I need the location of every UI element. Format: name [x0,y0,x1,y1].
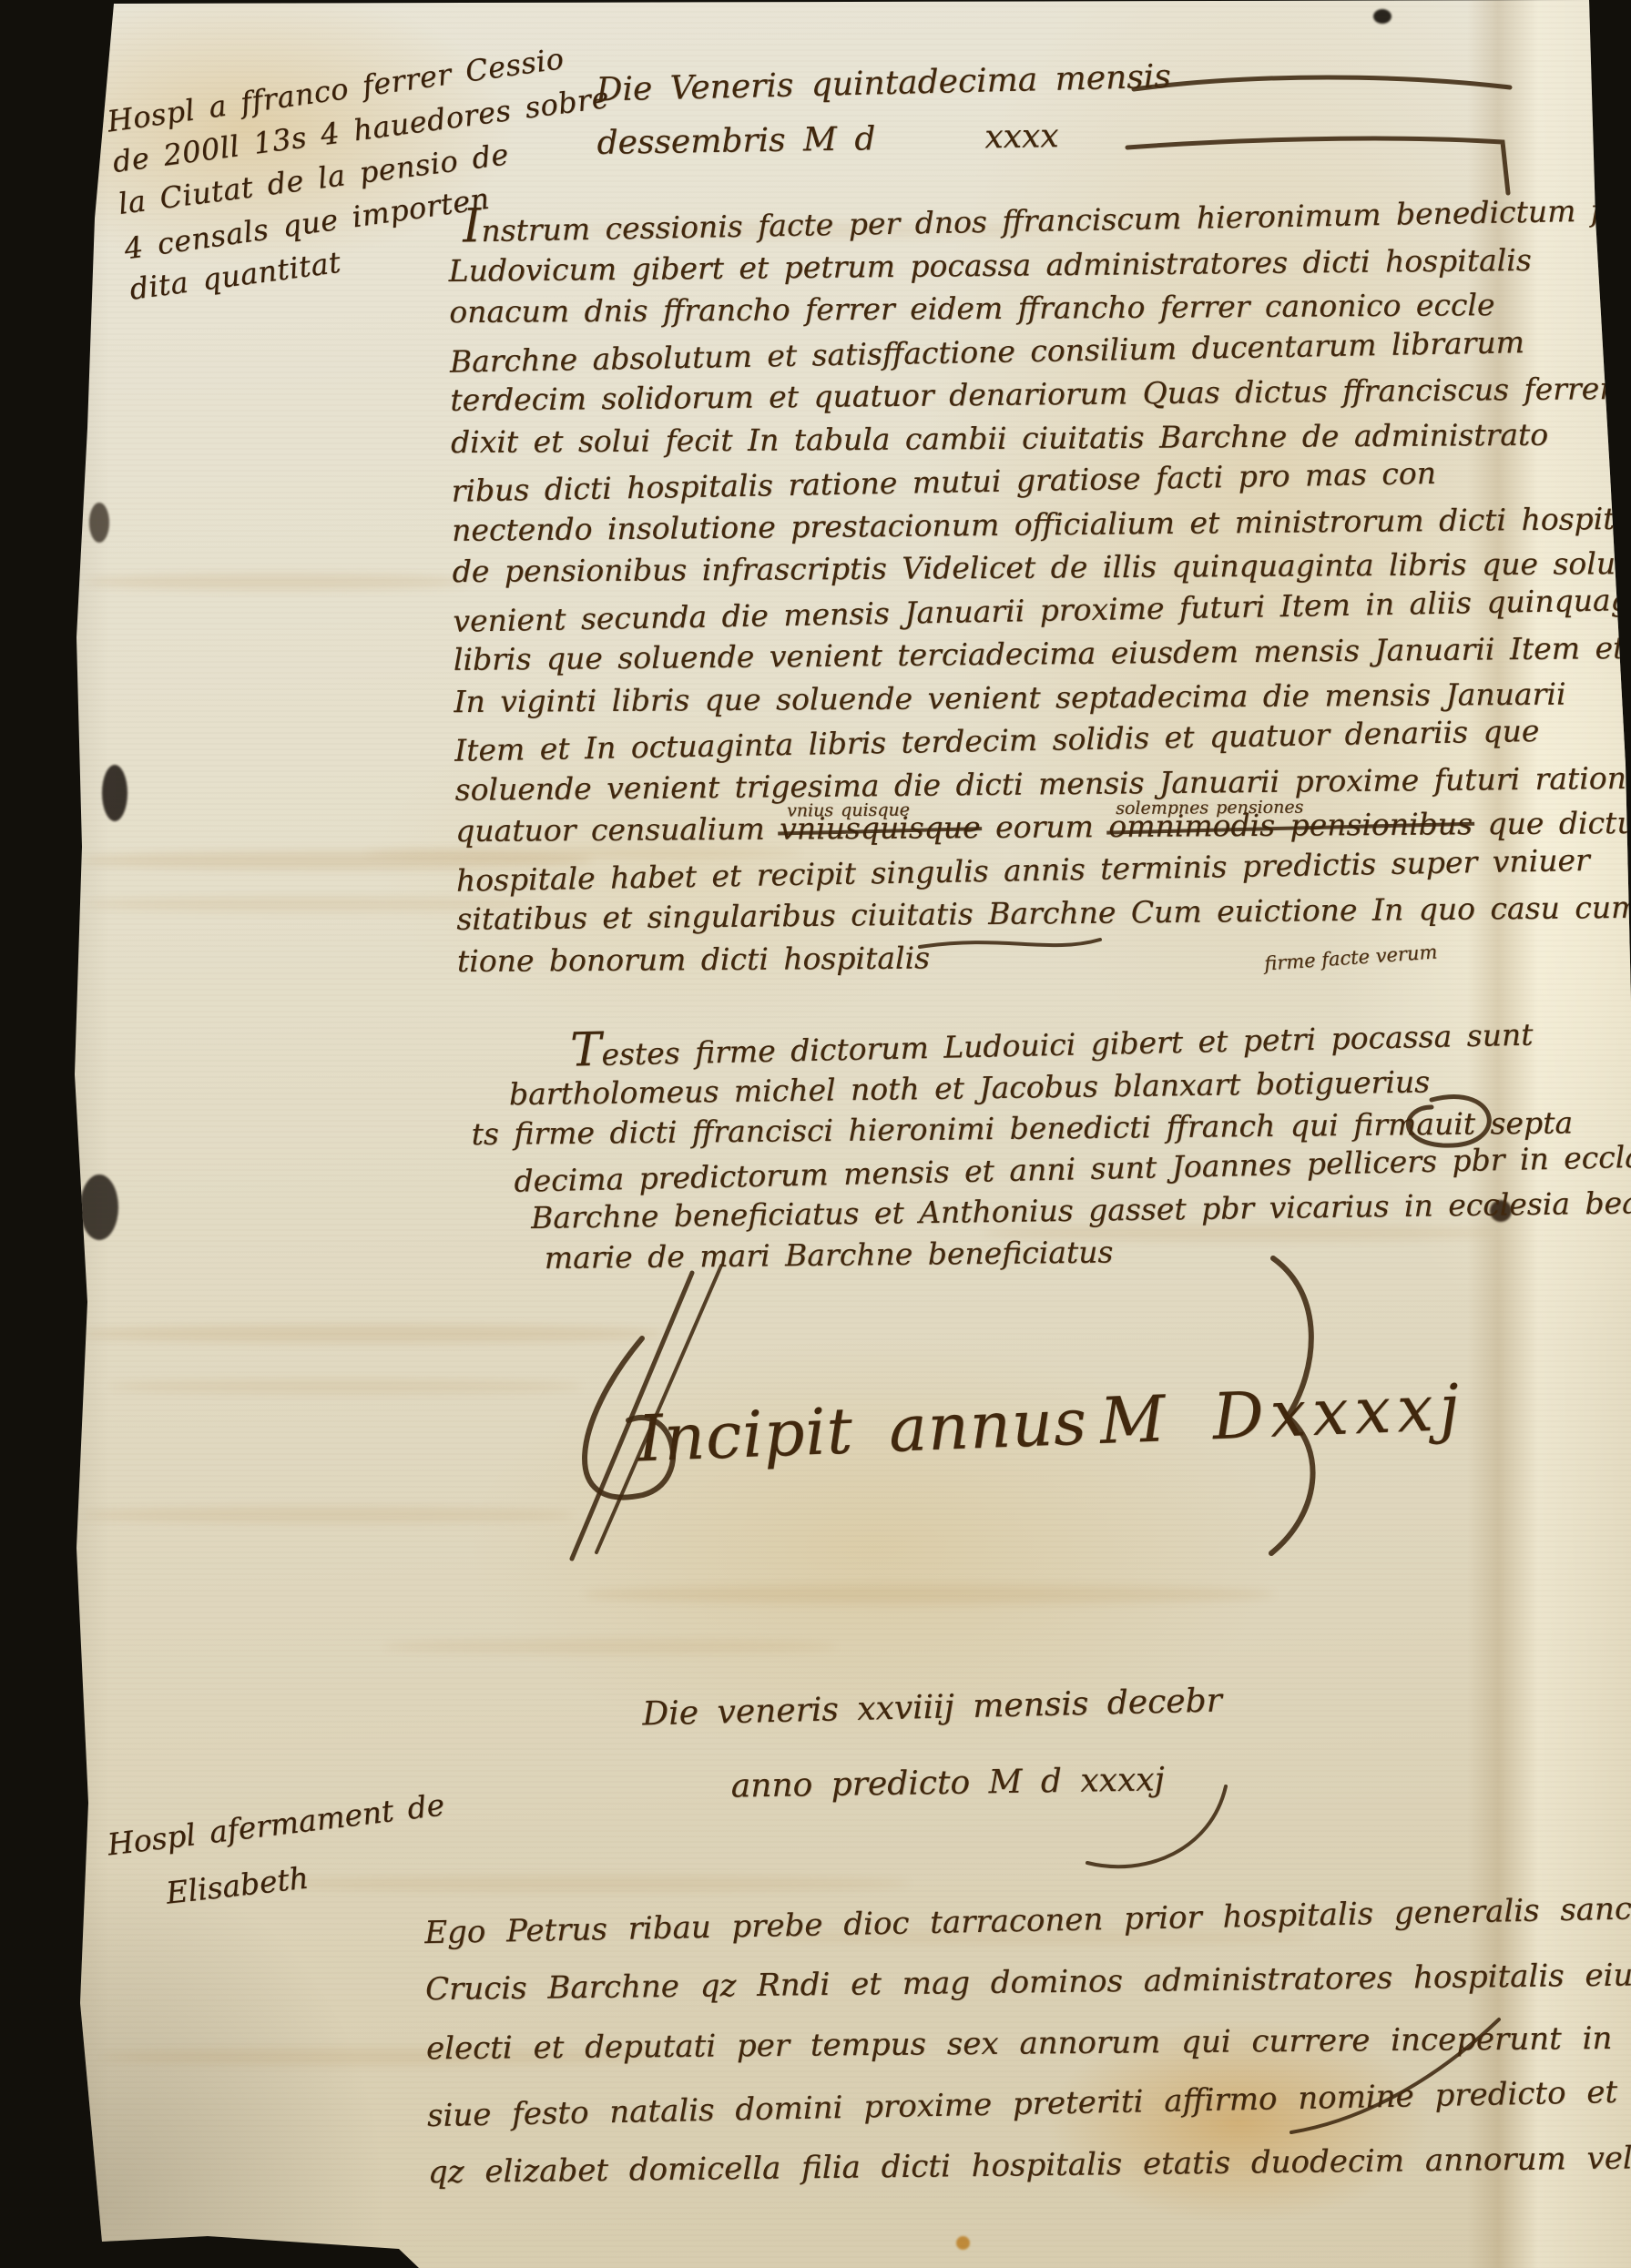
stain-spot [956,2236,970,2250]
ink-blot [1373,9,1391,24]
date-heading-second: Die veneris xxviiij mensis decebr anno p… [642,1662,1373,1827]
heading-text: dessembris M d [596,120,875,162]
ink-blot [89,503,109,543]
show-through-streak [583,1584,1275,1604]
incipit-roman-year: M Dxxxxj [1098,1370,1467,1459]
heading-line: Die veneris xxviiij mensis decebr [641,1660,1371,1754]
show-through-streak [382,1639,838,1653]
struck-text: vniusquisque [780,809,981,847]
parchment-page: Hospl a ffranco ferrer Cessio de 200ll 1… [0,0,1631,2268]
ink-blot [80,1175,118,1240]
heading-year: xxxx [984,117,1059,156]
heading-line: anno predicto M d xxxxj [730,1739,1372,1826]
show-through-streak [87,574,469,590]
heading-line: dessembris M dxxxx [596,103,1417,172]
revision-insertion-wrap: vnius quisquevniusquisque [780,806,981,850]
show-through-streak [109,1379,583,1394]
ink-blot [102,765,127,821]
incipit-text: Incipit annus [637,1385,1089,1477]
manuscript-line: Crucis Barchne qz Rndi et mag dominos ad… [425,1947,1528,2020]
show-through-streak [82,1507,574,1523]
act-affirmation-body: Ego Petrus ribau prebe dioc tarraconen p… [424,1885,1531,2205]
revision-pre: quatuor censualium [455,811,765,849]
manuscript-line: qz elizabet domicella filia dicti hospit… [428,2130,1531,2203]
revision-post: que dictum [1487,805,1631,841]
date-heading-first: Die Veneris quintadecima mensis dessembr… [596,46,1417,173]
witnesses-clause: Testes firme dictorum Ludouici gibert et… [470,1017,1530,1282]
incipit-year-inscription: Incipit annusM Dxxxxj [637,1370,1467,1477]
struck-text: omnimodis pensionibus [1108,806,1473,844]
manuscript-scan: Hospl a ffranco ferrer Cessio de 200ll 1… [0,0,1631,2268]
revision-mid: eorum [995,809,1094,845]
act-cession-body: Instrum cessionis facte per dnos ffranci… [448,194,1523,985]
show-through-streak [82,1325,665,1343]
